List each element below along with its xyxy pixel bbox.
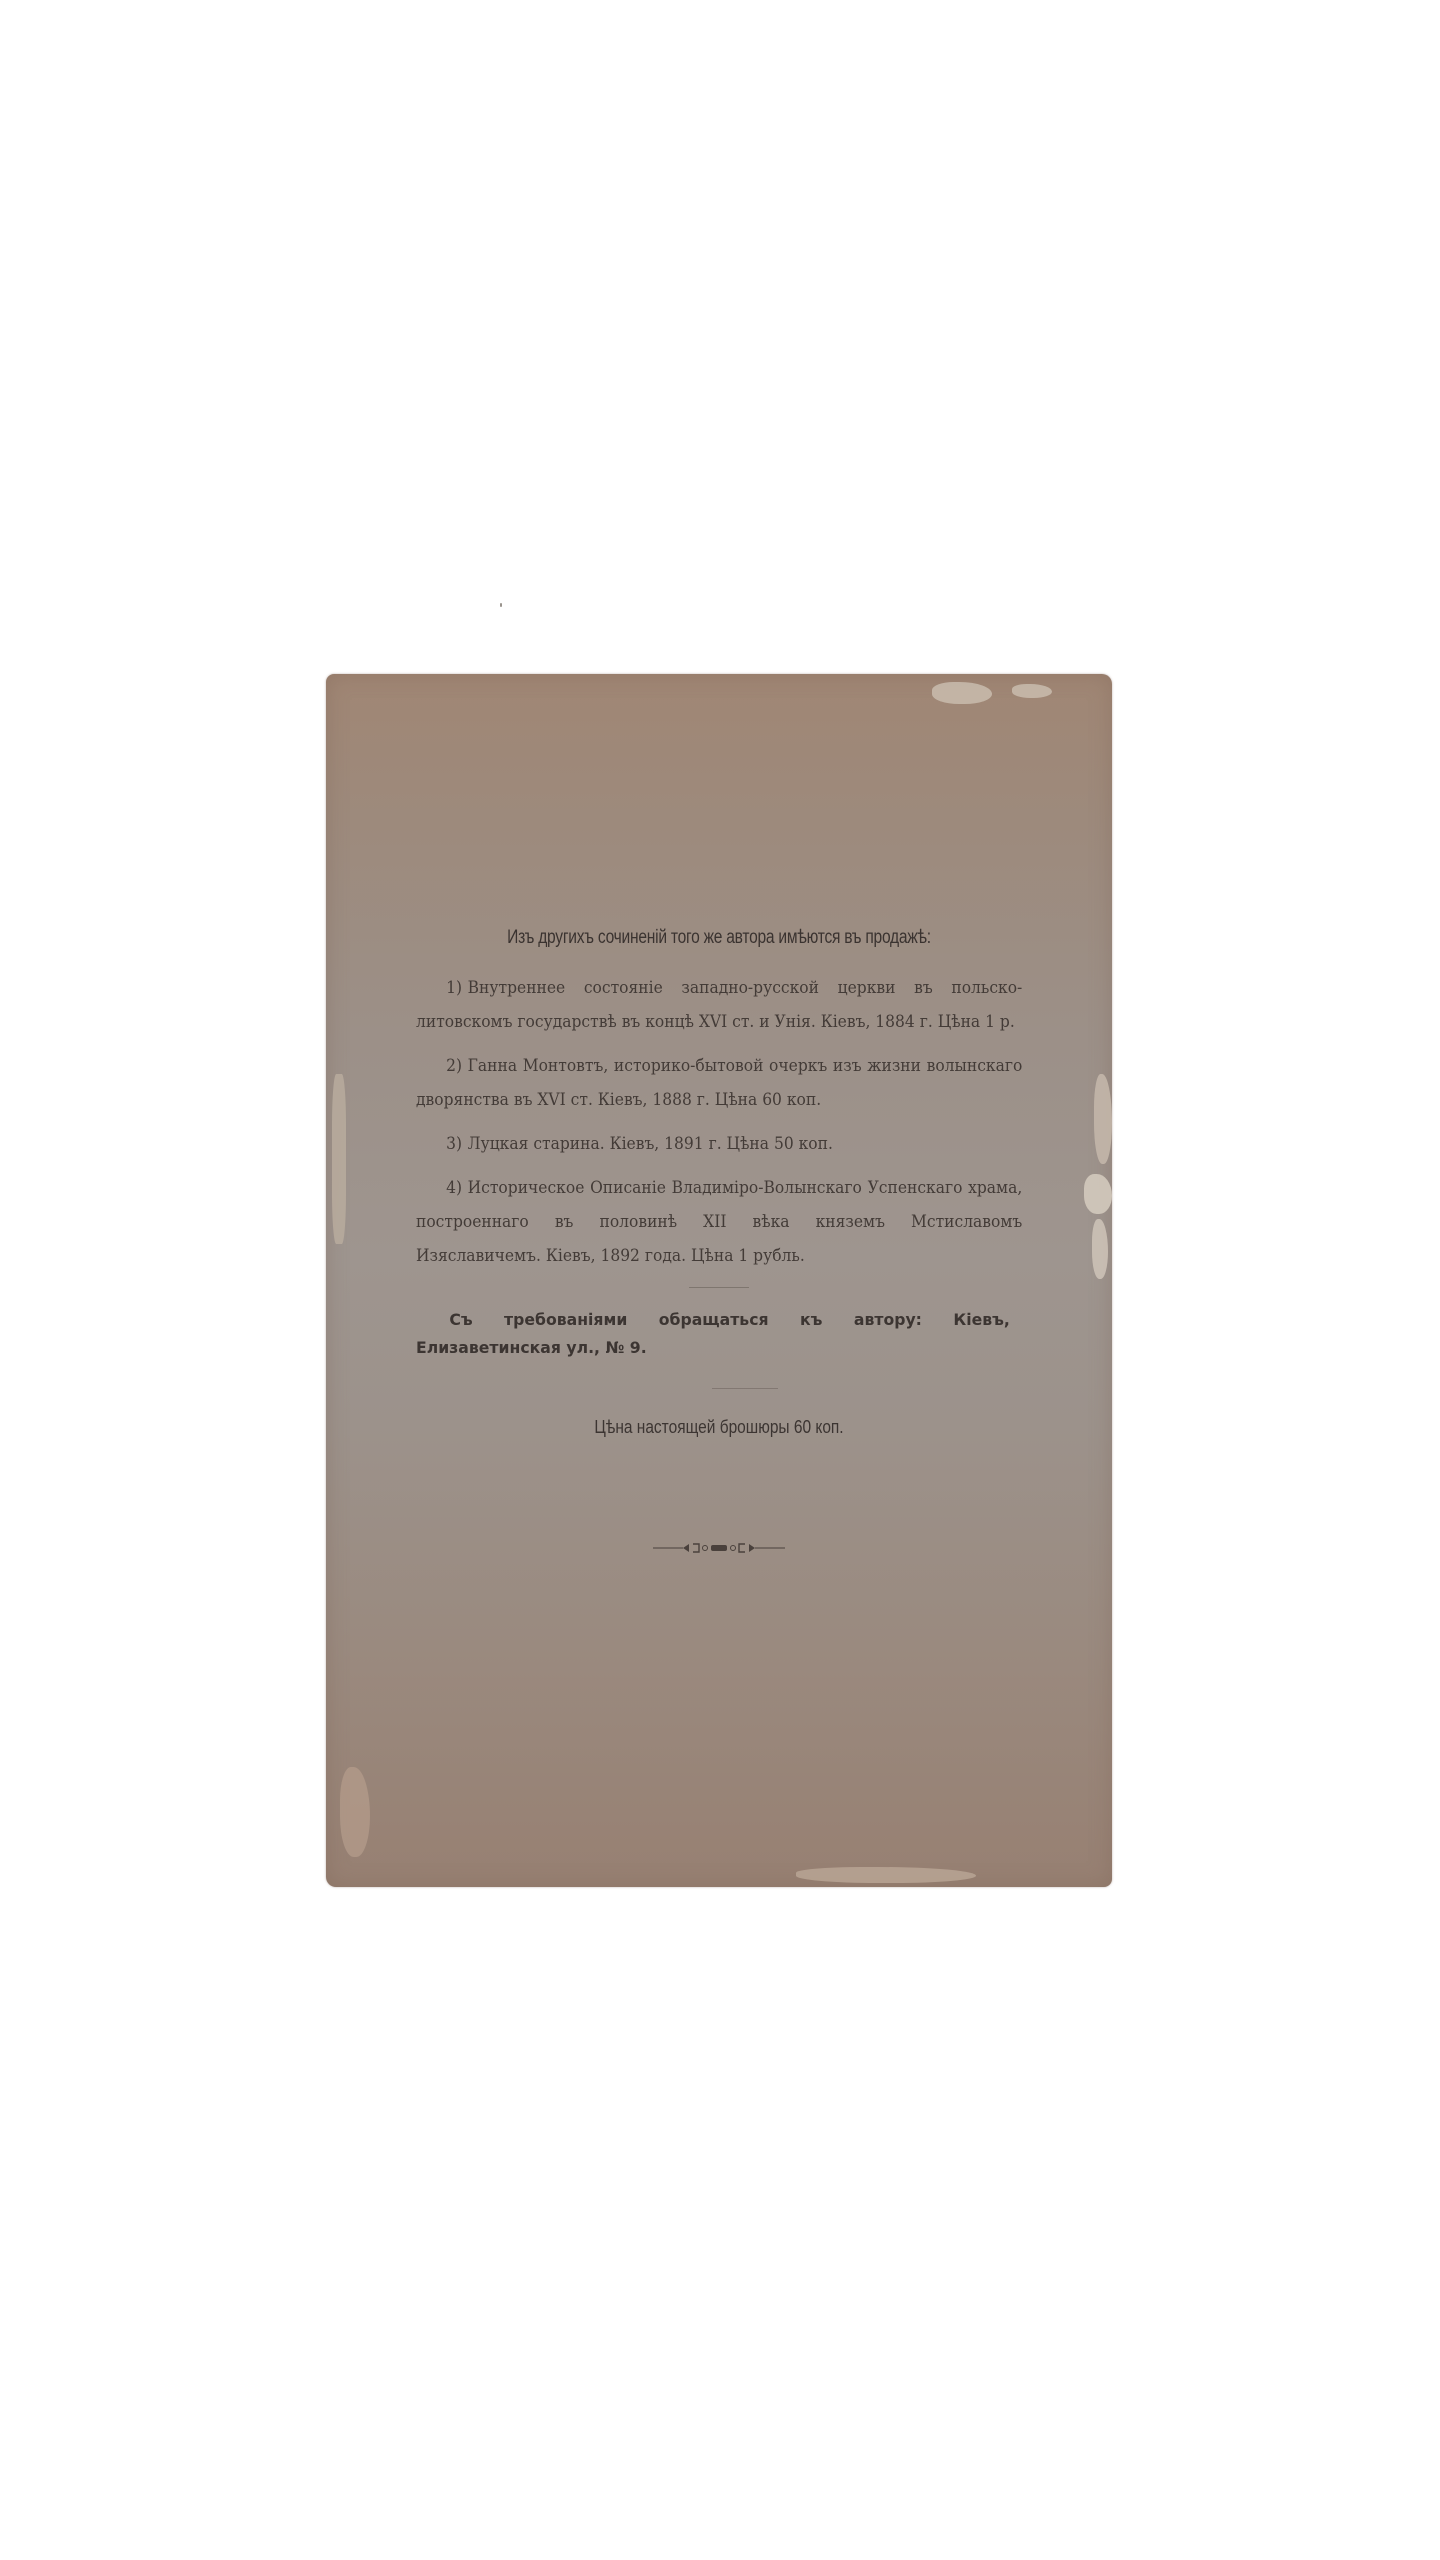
paper-wear-mark [1094, 1074, 1112, 1164]
work-number: 1) [446, 978, 462, 997]
paper-wear-mark [796, 1867, 976, 1883]
work-number: 2) [446, 1056, 462, 1075]
paper-wear-mark [1012, 684, 1052, 698]
brochure-price: Цѣна настоящей брошюры 60 коп. [458, 1417, 979, 1438]
work-text: Ганна Монтовтъ, историко-бытовой очеркъ … [416, 1056, 1022, 1109]
divider-rule [689, 1287, 749, 1288]
paper-wear-mark [340, 1767, 370, 1857]
work-number: 3) [446, 1134, 462, 1153]
work-item-3: 3)Луцкая старина. Кіевъ, 1891 г. Цѣна 50… [416, 1127, 1022, 1161]
paper-wear-mark [1084, 1174, 1112, 1214]
paper-wear-mark [932, 682, 992, 704]
dust-speck [500, 603, 502, 607]
work-number: 4) [446, 1178, 462, 1197]
work-text: Внутреннее состояніе западно-русской цер… [416, 978, 1022, 1031]
paper-wear-mark [1092, 1219, 1108, 1279]
work-text: Историческое Описаніе Владиміро-Волынска… [416, 1178, 1022, 1265]
work-item-1: 1)Внутреннее состояніе западно-русской ц… [416, 971, 1022, 1039]
book-back-cover: Изъ другихъ сочиненій того же автора имѣ… [326, 674, 1112, 1887]
printer-ornament-icon [326, 1541, 1112, 1555]
work-item-4: 4)Историческое Описаніе Владиміро-Волынс… [416, 1171, 1022, 1273]
work-text: Луцкая старина. Кіевъ, 1891 г. Цѣна 50 к… [468, 1134, 833, 1153]
works-heading: Изъ другихъ сочиненій того же автора имѣ… [471, 927, 968, 949]
work-item-2: 2)Ганна Монтовтъ, историко-бытовой очерк… [416, 1049, 1022, 1117]
advertisement-block: Изъ другихъ сочиненій того же автора имѣ… [416, 927, 1022, 1438]
paper-wear-mark [332, 1074, 346, 1244]
contact-note: Съ требованіями обращаться къ автору: Кі… [416, 1306, 1010, 1362]
divider-rule [712, 1388, 778, 1389]
